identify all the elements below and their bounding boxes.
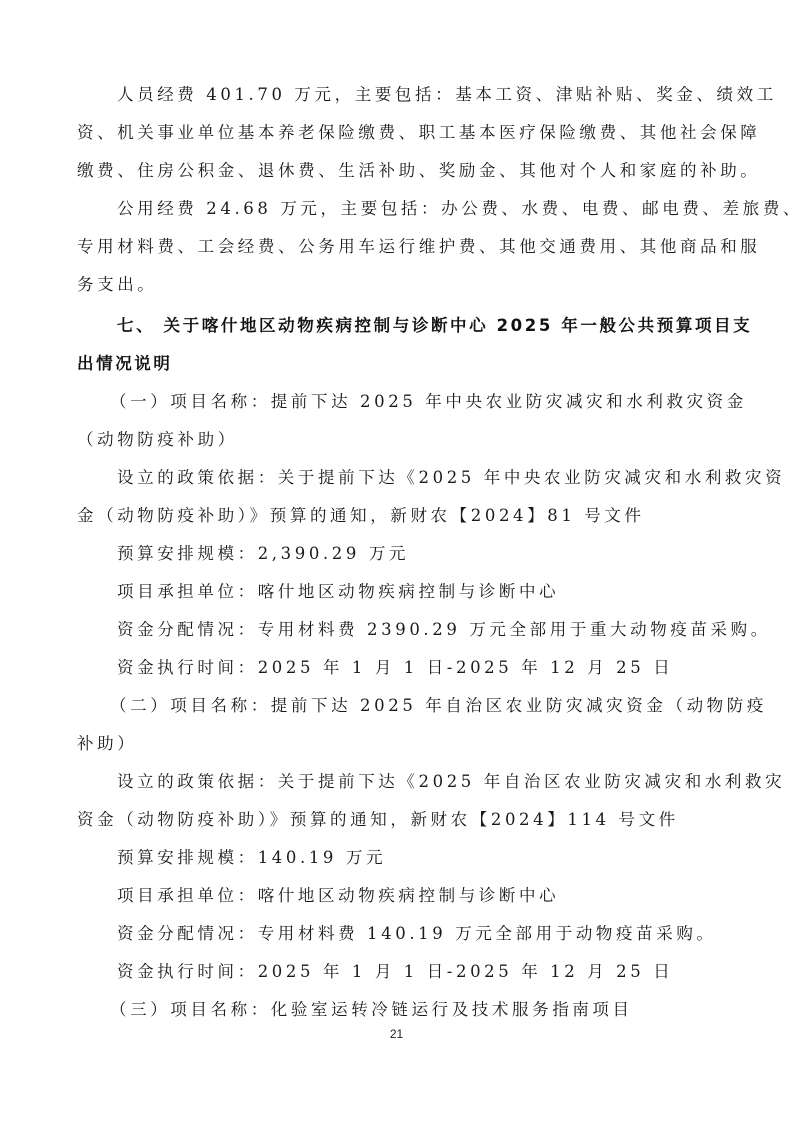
- public-expense-line-2: 专用材料费、工会经费、公务用车运行维护费、其他交通费用、其他商品和服: [77, 236, 760, 258]
- project-2-scale: 预算安排规模：140.19 万元: [117, 847, 386, 869]
- project-2-period: 资金执行时间：2025 年 1 月 1 日-2025 年 12 月 25 日: [117, 961, 673, 983]
- project-1-name-line-2: （动物防疫补助）: [77, 429, 238, 451]
- project-2-allocation: 资金分配情况：专用材料费 140.19 万元全部用于动物疫苗采购。: [117, 923, 717, 945]
- project-1-basis-line-2: 金（动物防疫补助）》预算的通知，新财农【2024】81 号文件: [77, 505, 645, 527]
- project-1-name-line-1: （一）项目名称：提前下达 2025 年中央农业防灾减灾和水利救灾资金: [110, 391, 747, 413]
- project-1-period: 资金执行时间：2025 年 1 月 1 日-2025 年 12 月 25 日: [117, 657, 673, 679]
- personnel-expense-line-1: 人员经费 401.70 万元，主要包括：基本工资、津贴补贴、奖金、绩效工: [117, 84, 777, 106]
- project-2-name-line-1: （二）项目名称：提前下达 2025 年自治区农业防灾减灾资金（动物防疫: [110, 695, 767, 717]
- project-2-name-line-2: 补助）: [77, 733, 137, 755]
- project-2-basis-line-2: 资金（动物防疫补助）》预算的通知，新财农【2024】114 号文件: [77, 809, 679, 831]
- project-1-scale: 预算安排规模：2,390.29 万元: [117, 543, 409, 565]
- project-1-basis-line-1: 设立的政策依据：关于提前下达《2025 年中央农业防灾减灾和水利救灾资: [117, 467, 785, 489]
- project-3-name-line-1: （三）项目名称：化验室运转冷链运行及技术服务指南项目: [110, 999, 633, 1021]
- section-heading-line-1: 七、 关于喀什地区动物疾病控制与诊断中心 2025 年一般公共预算项目支: [117, 315, 752, 337]
- personnel-expense-line-2: 资、机关事业单位基本养老保险缴费、职工基本医疗保险缴费、其他社会保障: [77, 122, 760, 144]
- public-expense-line-3: 务支出。: [77, 274, 157, 296]
- page-number: 21: [0, 1027, 793, 1041]
- project-2-basis-line-1: 设立的政策依据：关于提前下达《2025 年自治区农业防灾减灾和水利救灾: [117, 771, 785, 793]
- public-expense-line-1: 公用经费 24.68 万元，主要包括：办公费、水费、电费、邮电费、差旅费、: [117, 198, 793, 220]
- personnel-expense-line-3: 缴费、住房公积金、退休费、生活补助、奖励金、其他对个人和家庭的补助。: [77, 160, 760, 182]
- section-heading-line-2: 出情况说明: [77, 353, 173, 375]
- project-1-allocation: 资金分配情况：专用材料费 2390.29 万元全部用于重大动物疫苗采购。: [117, 619, 771, 641]
- project-1-unit: 项目承担单位：喀什地区动物疾病控制与诊断中心: [117, 581, 559, 603]
- project-2-unit: 项目承担单位：喀什地区动物疾病控制与诊断中心: [117, 885, 559, 907]
